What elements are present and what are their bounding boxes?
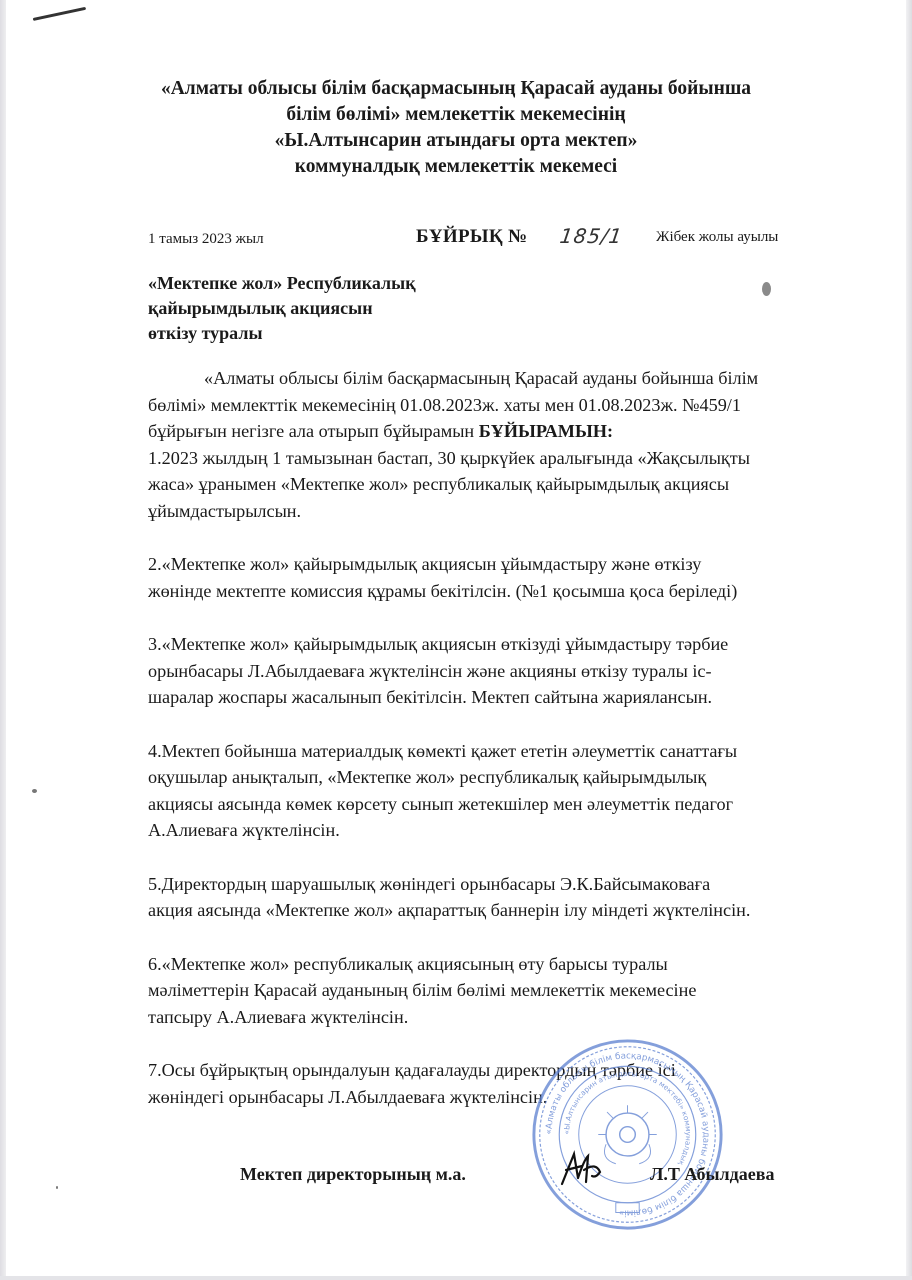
item-line: 5.Директордың шаруашылық жөніндегі орынб… <box>148 871 878 898</box>
item-line: жөнінде мектепте комиссия құрамы бекітіл… <box>148 578 878 605</box>
item-line: 3.«Мектепке жол» қайырымдылық акциясын ө… <box>148 631 878 658</box>
item-line: ұйымдастырылсын. <box>148 498 878 525</box>
header-line: «Ы.Алтынсарин атындағы орта мектеп» <box>0 128 912 154</box>
institution-header: «Алматы облысы білім басқармасының Қарас… <box>0 76 912 180</box>
order-item-2: 2.«Мектепке жол» қайырымдылық акциясын ұ… <box>148 551 878 604</box>
header-line: «Алматы облысы білім басқармасының Қарас… <box>0 76 912 102</box>
preamble-line: «Алматы облысы білім басқармасының Қарас… <box>148 365 878 392</box>
item-line: 2.«Мектепке жол» қайырымдылық акциясын ұ… <box>148 551 878 578</box>
signatory-name: Л.Т Абылдаева <box>650 1164 774 1185</box>
header-line: білім бөлімі» мемлекеттік мекемесінің <box>0 102 912 128</box>
order-item-4: 4.Мектеп бойынша материалдық көмекті қаж… <box>148 738 878 844</box>
preamble-line: бөлімі» мемлекттік мекемесінің 01.08.202… <box>148 392 878 419</box>
ink-speck <box>56 1186 58 1189</box>
item-line: 7.Осы бұйрықтың орындалуын қадағалауды д… <box>148 1057 878 1084</box>
preamble-text: бұйрығын негізге ала отырып бұйырамын <box>148 421 479 441</box>
order-item-7: 7.Осы бұйрықтың орындалуын қадағалауды д… <box>148 1057 878 1110</box>
scan-right-edge <box>906 0 912 1280</box>
order-title: БҰЙРЫҚ № <box>416 226 527 248</box>
ink-speck <box>762 282 771 296</box>
subject-line: өткізу туралы <box>148 321 416 346</box>
order-item-3: 3.«Мектепке жол» қайырымдылық акциясын ө… <box>148 631 878 711</box>
order-number-handwritten: 185/1 <box>558 224 624 248</box>
item-line: 1.2023 жылдың 1 тамызынан бастап, 30 қыр… <box>148 445 878 472</box>
preamble-line: бұйрығын негізге ала отырып бұйырамын БҰ… <box>148 418 878 445</box>
item-line: оқушылар анықталып, «Мектепке жол» респу… <box>148 764 878 791</box>
order-date: 1 тамыз 2023 жыл <box>148 231 264 248</box>
order-item-6: 6.«Мектепке жол» республикалық акциясыны… <box>148 951 878 1031</box>
item-line: 4.Мектеп бойынша материалдық көмекті қаж… <box>148 738 878 765</box>
header-line: коммуналдық мемлекеттік мекемесі <box>0 154 912 180</box>
order-body: «Алматы облысы білім басқармасының Қарас… <box>148 365 878 1110</box>
item-line: акциясы аясында көмек көрсету сынып жете… <box>148 791 878 818</box>
item-line: орынбасары Л.Абылдаеваға жүктелінсін жән… <box>148 658 878 685</box>
item-line: акция аясында «Мектепке жол» ақпараттық … <box>148 897 878 924</box>
item-line: шаралар жоспары жасалынып бекітілсін. Ме… <box>148 684 878 711</box>
official-seal-icon: «Алматы облысы білім басқармасының Қарас… <box>530 1037 725 1232</box>
item-line: 6.«Мектепке жол» республикалық акциясыны… <box>148 951 878 978</box>
subject-line: «Мектепке жол» Республикалық <box>148 271 416 296</box>
signatory-title: Мектеп директорының м.а. <box>240 1164 466 1185</box>
item-line: А.Алиеваға жүктелінсін. <box>148 817 878 844</box>
item-line: жөніндегі орынбасары Л.Абылдаеваға жүкте… <box>148 1084 878 1111</box>
ink-speck <box>32 789 37 793</box>
item-line: жаса» ұранымен «Мектепке жол» республика… <box>148 471 878 498</box>
subject-line: қайырымдылық акциясын <box>148 296 416 321</box>
item-line: мәліметтерін Қарасай ауданының білім бөл… <box>148 977 878 1004</box>
decree-keyword: БҰЙЫРАМЫН: <box>479 421 613 441</box>
order-item-5: 5.Директордың шаруашылық жөніндегі орынб… <box>148 871 878 924</box>
order-place: Жібек жолы ауылы <box>656 229 778 246</box>
scan-bottom-edge <box>0 1276 912 1280</box>
item-line: тапсыру А.Алиеваға жүктелінсін. <box>148 1004 878 1031</box>
order-subject: «Мектепке жол» Республикалық қайырымдылы… <box>148 271 416 346</box>
handwritten-signature-icon <box>556 1148 606 1190</box>
order-item-1: 1.2023 жылдың 1 тамызынан бастап, 30 қыр… <box>148 445 878 525</box>
